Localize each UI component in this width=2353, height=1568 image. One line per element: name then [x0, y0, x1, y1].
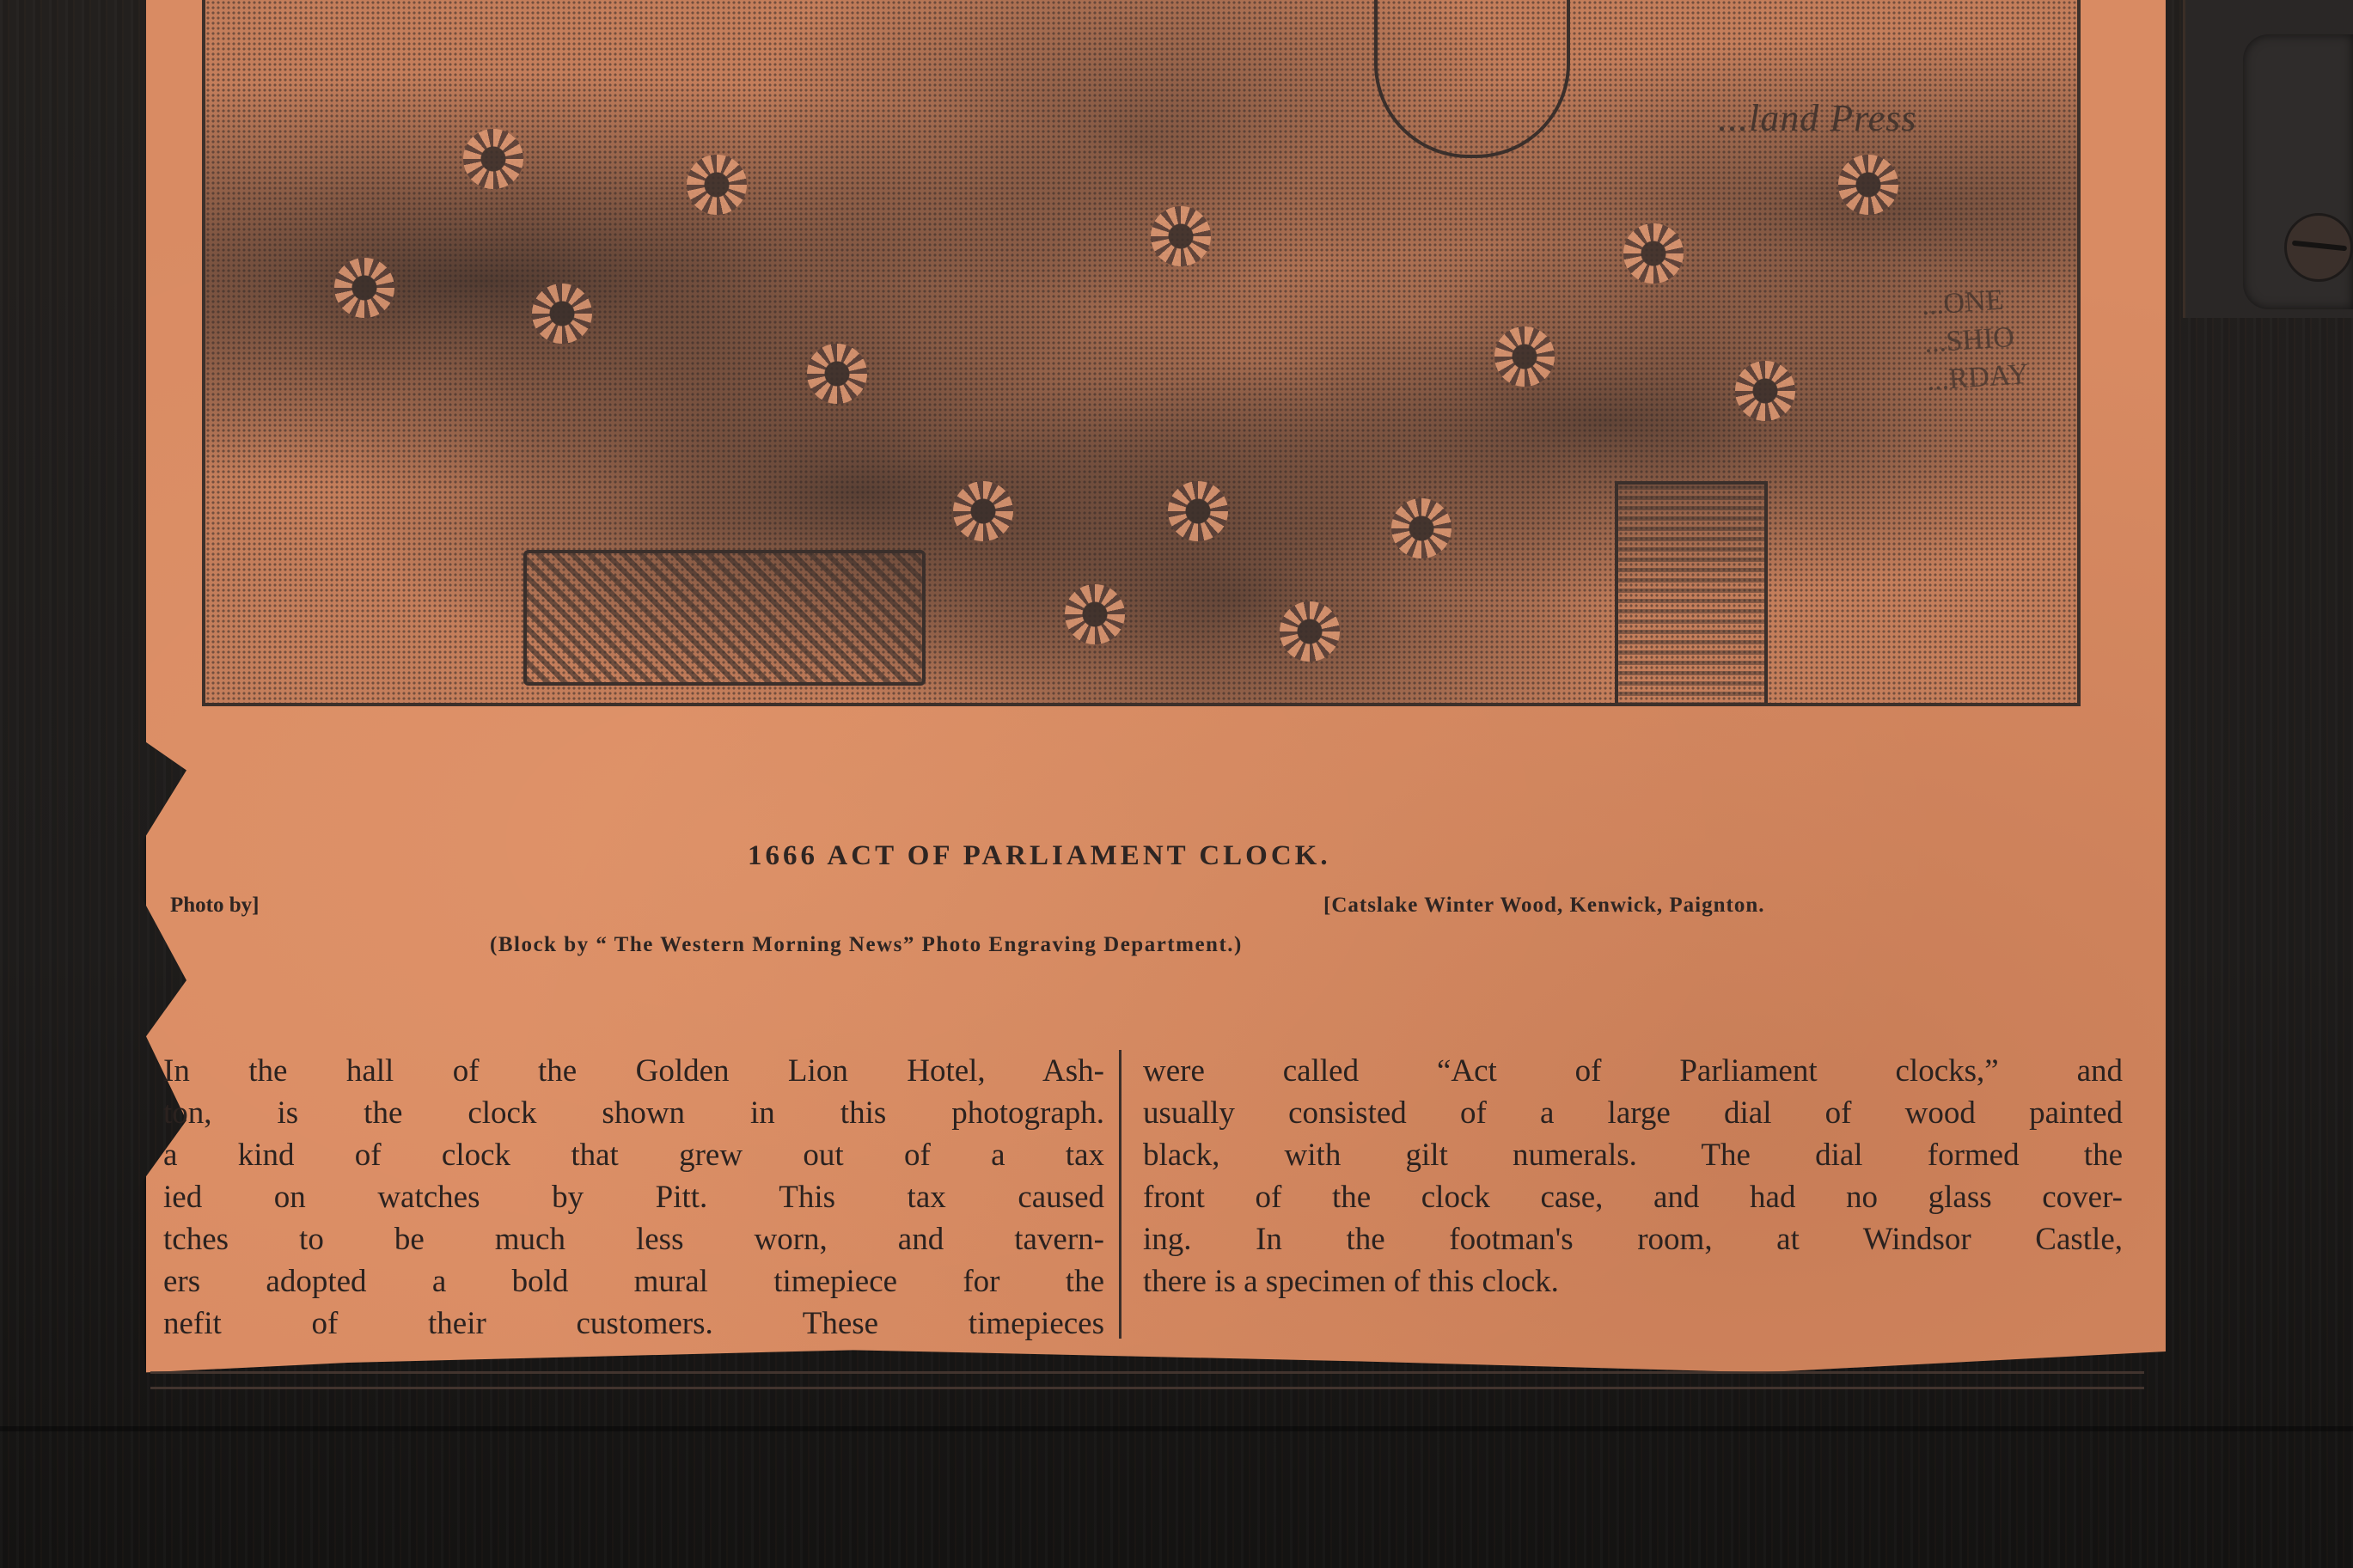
- bottom-rule: [150, 1371, 2144, 1374]
- article-line: black, with gilt numerals. The dial form…: [1143, 1134, 2123, 1176]
- halftone-engraving-photo: ...land Press ...ONE ...SHIO ...RDAY: [202, 0, 2081, 706]
- engraving-sign-text: ...ONE ...SHIO ...RDAY: [1921, 280, 2031, 400]
- article-line: ers adopted a bold mural timepiece for t…: [163, 1260, 1104, 1303]
- flower-icon: [687, 155, 747, 215]
- sign-line: ...RDAY: [1926, 356, 2030, 400]
- wood-seam: [0, 1426, 2353, 1431]
- article-line: nefit of their customers. These timepiec…: [163, 1303, 1104, 1345]
- engraving-caption: ...land Press: [1718, 96, 1916, 140]
- flower-icon: [953, 481, 1013, 541]
- bottom-rule: [150, 1387, 2144, 1389]
- vase-shape: [1615, 481, 1768, 706]
- flower-icon: [1391, 498, 1452, 558]
- article-line: a kind of clock that grew out of a tax: [163, 1134, 1104, 1176]
- article-line: tches to be much less worn, and tavern-: [163, 1218, 1104, 1260]
- flower-icon: [1151, 206, 1211, 266]
- article-line: ing. In the footman's room, at Windsor C…: [1143, 1218, 2123, 1260]
- flower-icon: [1735, 361, 1795, 421]
- article-line: were called “Act of Parliament clocks,” …: [1143, 1050, 2123, 1092]
- article-line: ton, is the clock shown in this photogra…: [163, 1092, 1104, 1134]
- flower-icon: [1168, 481, 1228, 541]
- flower-icon: [1065, 584, 1125, 644]
- article-right-column: were called “Act of Parliament clocks,” …: [1143, 1050, 2123, 1303]
- flower-icon: [1280, 601, 1340, 662]
- photo-credit: [Catslake Winter Wood, Kenwick, Paignton…: [1323, 894, 1765, 918]
- flower-icon: [807, 344, 867, 404]
- flower-icon: [532, 284, 592, 344]
- article-line: ied on watches by Pitt. This tax caused: [163, 1176, 1104, 1218]
- screw-icon: [2284, 213, 2353, 282]
- article-line: In the hall of the Golden Lion Hotel, As…: [163, 1050, 1104, 1092]
- flower-icon: [1494, 326, 1555, 387]
- photo-by-label: Photo by]: [170, 894, 259, 918]
- arched-window-shape: [1374, 0, 1570, 158]
- article-line: usually consisted of a large dial of woo…: [1143, 1092, 2123, 1134]
- fruit-tray-shape: [523, 550, 926, 686]
- flower-icon: [334, 258, 394, 318]
- article-line: front of the clock case, and had no glas…: [1143, 1176, 2123, 1218]
- flower-icon: [1838, 155, 1898, 215]
- block-credit: (Block by “ The Western Morning News” Ph…: [490, 933, 1243, 957]
- column-divider: [1119, 1050, 1121, 1339]
- article-left-column: In the hall of the Golden Lion Hotel, As…: [163, 1050, 1104, 1345]
- article-line: there is a specimen of this clock.: [1143, 1260, 2123, 1303]
- flower-icon: [1623, 223, 1684, 284]
- headline: 1666 ACT OF PARLIAMENT CLOCK.: [748, 840, 1331, 872]
- flower-icon: [463, 129, 523, 189]
